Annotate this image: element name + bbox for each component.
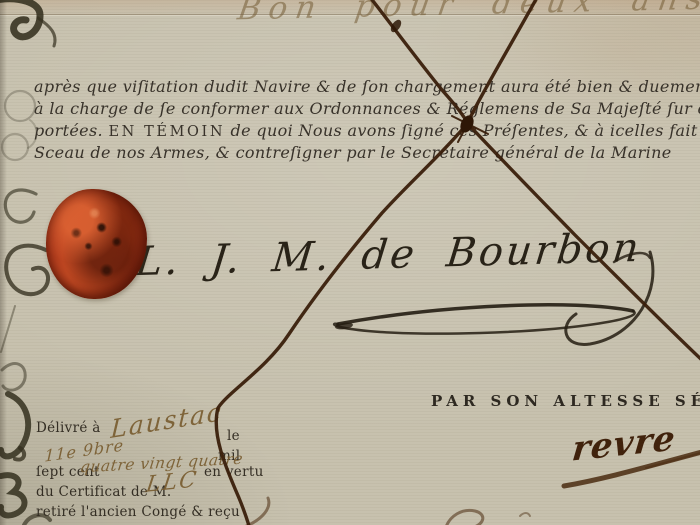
photo-edge-shadow [0, 0, 7, 525]
cancellation-threads [0, 0, 700, 525]
document-photo: Bon pour deux ans après que viſitation d… [0, 0, 700, 525]
